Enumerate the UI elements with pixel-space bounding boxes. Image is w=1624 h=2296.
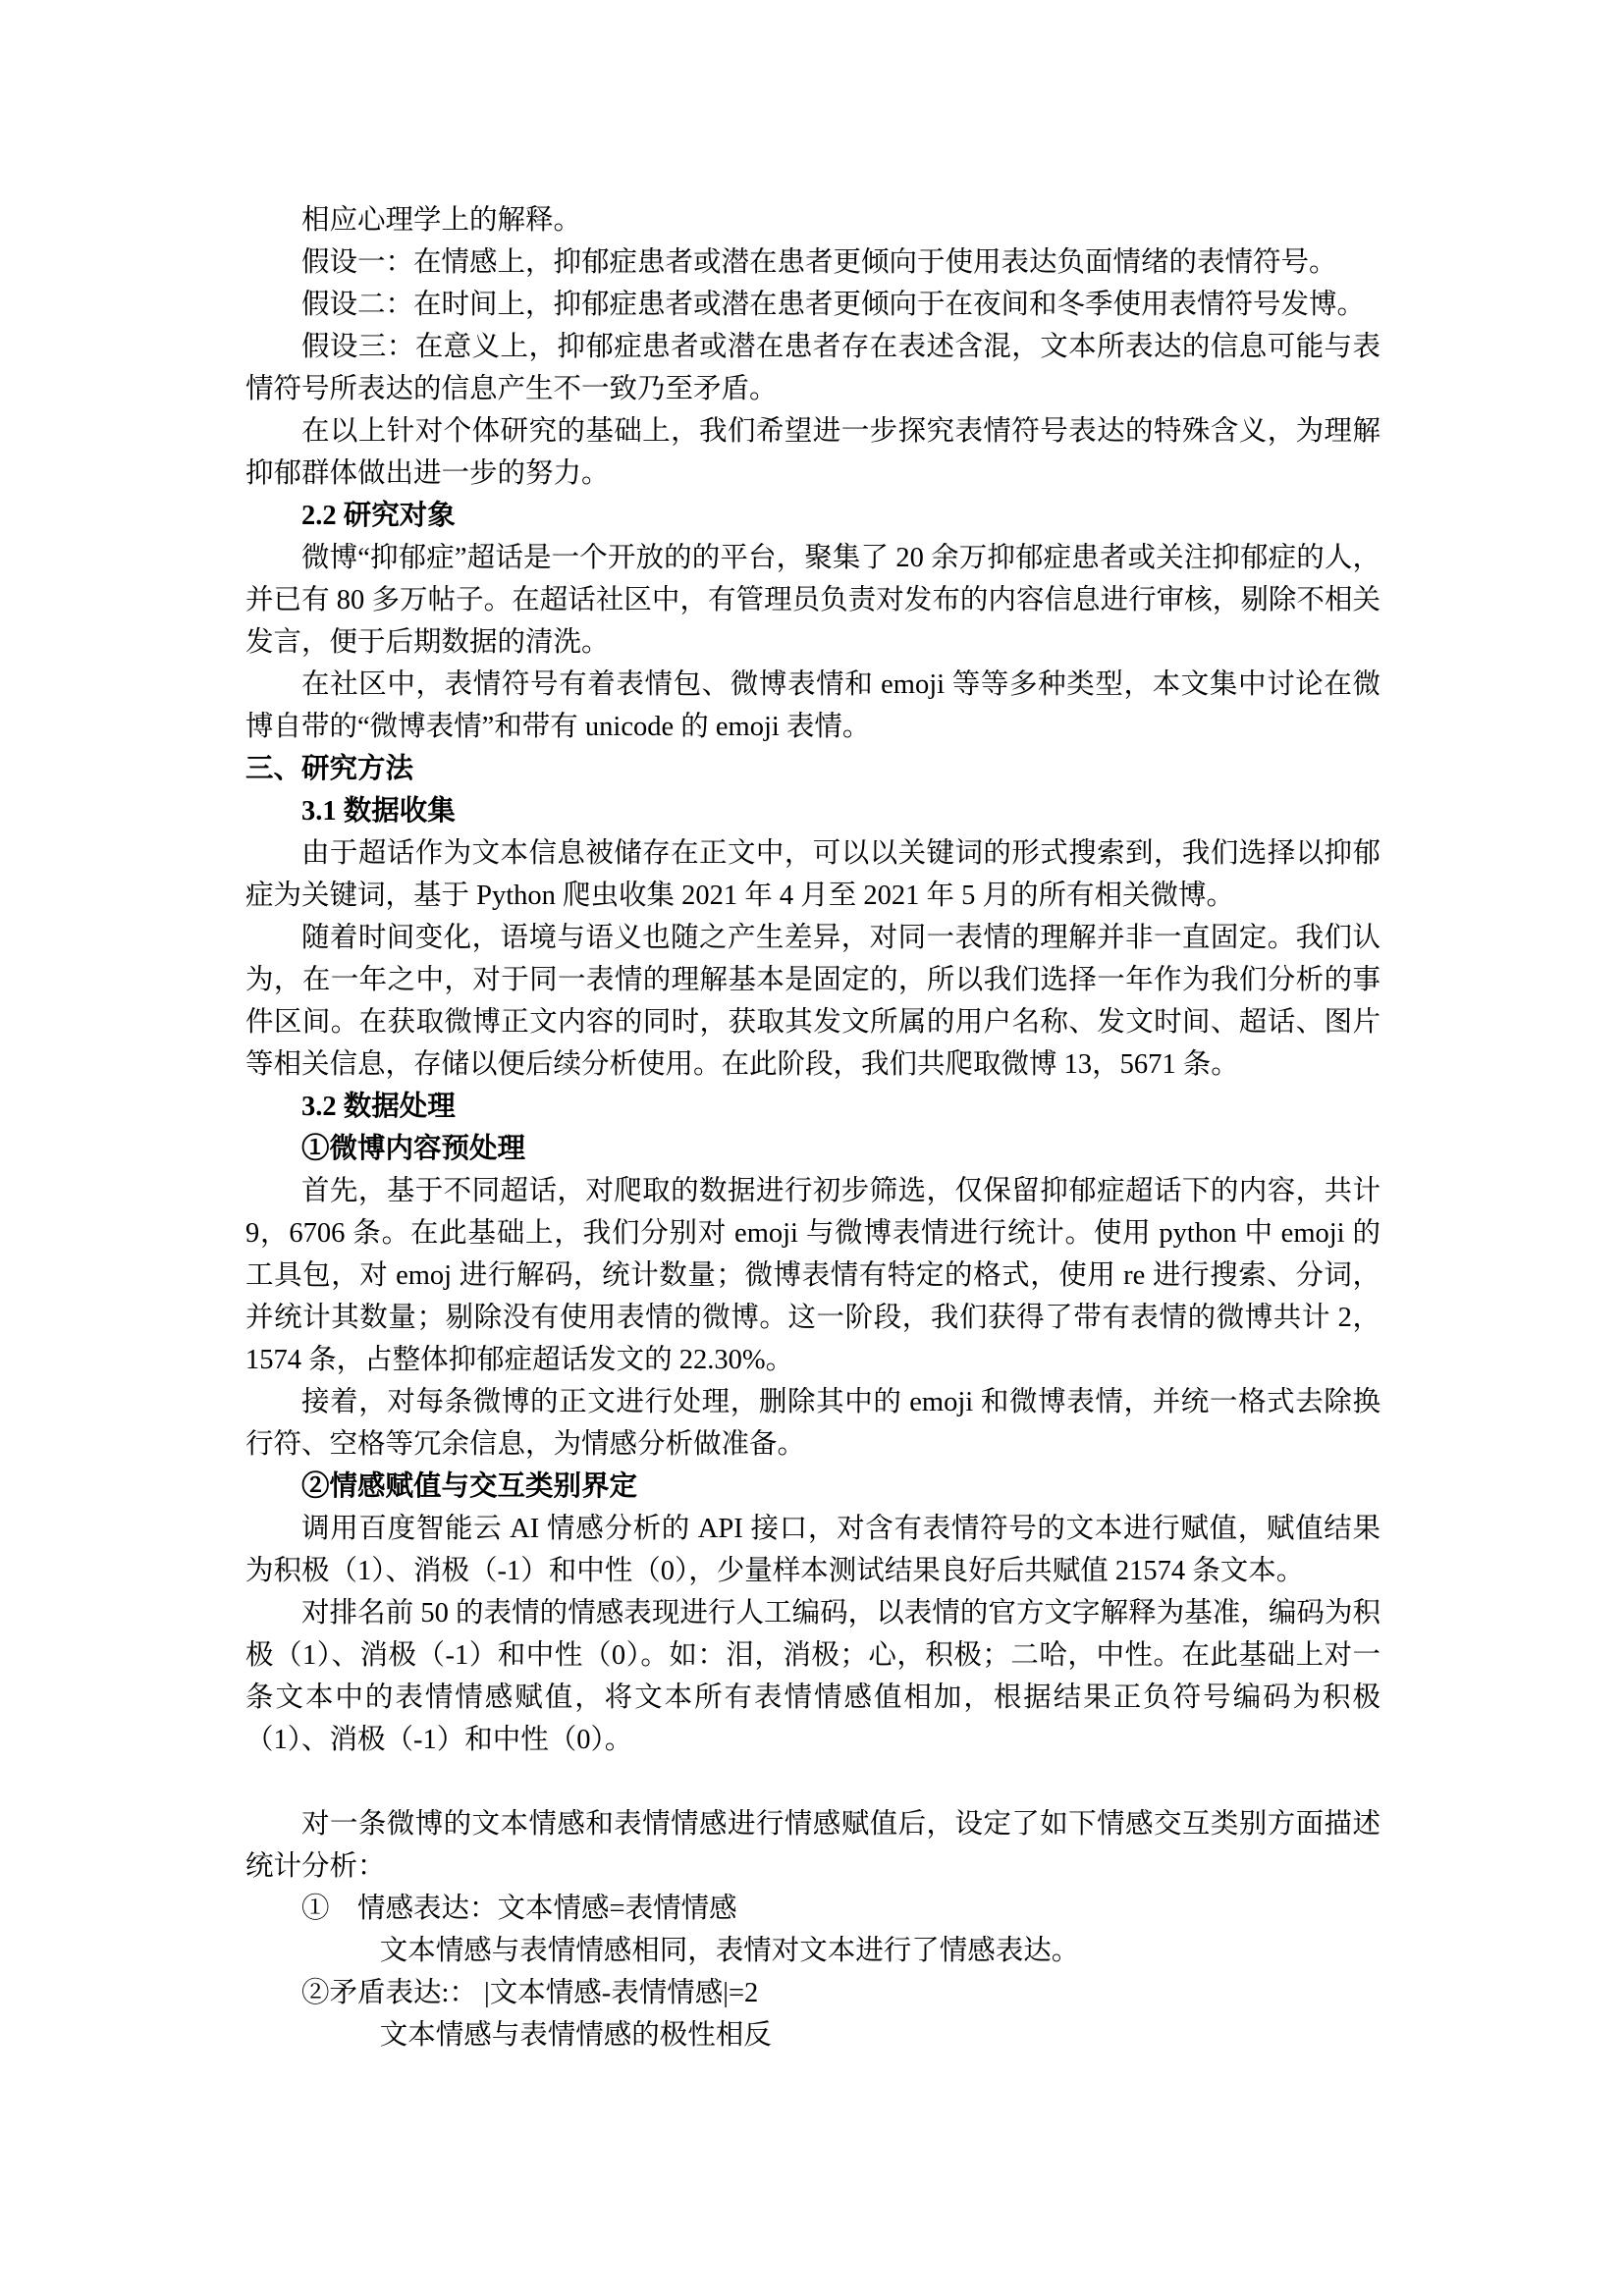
para-keyword-crawl: 由于超话作为文本信息被储存在正文中，可以以关键词的形式搜索到，我们选择以抑郁症为… bbox=[245, 832, 1380, 917]
list-item-emotion-expression: ① 情感表达：文本情感=表情情感 bbox=[245, 1888, 1380, 1930]
blank-line bbox=[245, 1761, 1380, 1803]
para-further-research: 在以上针对个体研究的基础上，我们希望进一步探究表情符号表达的特殊含义，为理解抑郁… bbox=[245, 410, 1380, 495]
para-supertopic-platform: 微博“抑郁症”超话是一个开放的的平台，聚集了 20 余万抑郁症患者或关注抑郁症的… bbox=[245, 537, 1380, 664]
list-expl-contradiction: 文本情感与表情情感的极性相反 bbox=[245, 2014, 1380, 2056]
para-time-variation: 随着时间变化，语境与语义也随之产生差异，对同一表情的理解并非一直固定。我们认为，… bbox=[245, 917, 1380, 1086]
heading-research-object: 2.2 研究对象 bbox=[245, 495, 1380, 537]
para-manual-coding: 对排名前 50 的表情的情感表现进行人工编码，以表情的官方文字解释为基准，编码为… bbox=[245, 1592, 1380, 1761]
para-baidu-api: 调用百度智能云 AI 情感分析的 API 接口，对含有表情符号的文本进行赋值，赋… bbox=[245, 1508, 1380, 1592]
para-text-cleaning: 接着，对每条微博的正文进行处理，删除其中的 emoji 和微博表情，并统一格式去… bbox=[245, 1381, 1380, 1466]
heading-research-method: 三、研究方法 bbox=[245, 748, 1380, 790]
heading-weibo-preprocessing: ①微博内容预处理 bbox=[245, 1128, 1380, 1170]
para-hypothesis-3: 假设三：在意义上，抑郁症患者或潜在患者存在表述含混，文本所表达的信息可能与表情符… bbox=[245, 326, 1380, 410]
para-interaction-categories: 对一条微博的文本情感和表情情感进行情感赋值后，设定了如下情感交互类别方面描述统计… bbox=[245, 1803, 1380, 1888]
para-emoji-types: 在社区中，表情符号有着表情包、微博表情和 emoji 等等多种类型，本文集中讨论… bbox=[245, 664, 1380, 748]
heading-sentiment-assignment: ②情感赋值与交互类别界定 bbox=[245, 1466, 1380, 1508]
heading-data-collection: 3.1 数据收集 bbox=[245, 790, 1380, 832]
para-initial-filtering: 首先，基于不同超话，对爬取的数据进行初步筛选，仅保留抑郁症超话下的内容，共计 9… bbox=[245, 1170, 1380, 1381]
para-psych-explanation: 相应心理学上的解释。 bbox=[245, 199, 1380, 241]
para-hypothesis-1: 假设一：在情感上，抑郁症患者或潜在患者更倾向于使用表达负面情绪的表情符号。 bbox=[245, 241, 1380, 284]
list-item-contradiction: ②矛盾表达:： |文本情感-表情情感|=2 bbox=[245, 1972, 1380, 2014]
document-page: 相应心理学上的解释。 假设一：在情感上，抑郁症患者或潜在患者更倾向于使用表达负面… bbox=[0, 0, 1624, 2296]
document-body: 相应心理学上的解释。 假设一：在情感上，抑郁症患者或潜在患者更倾向于使用表达负面… bbox=[245, 199, 1380, 2056]
list-expl-emotion-expression: 文本情感与表情情感相同，表情对文本进行了情感表达。 bbox=[245, 1930, 1380, 1972]
heading-data-processing: 3.2 数据处理 bbox=[245, 1086, 1380, 1128]
para-hypothesis-2: 假设二：在时间上，抑郁症患者或潜在患者更倾向于在夜间和冬季使用表情符号发博。 bbox=[245, 284, 1380, 326]
